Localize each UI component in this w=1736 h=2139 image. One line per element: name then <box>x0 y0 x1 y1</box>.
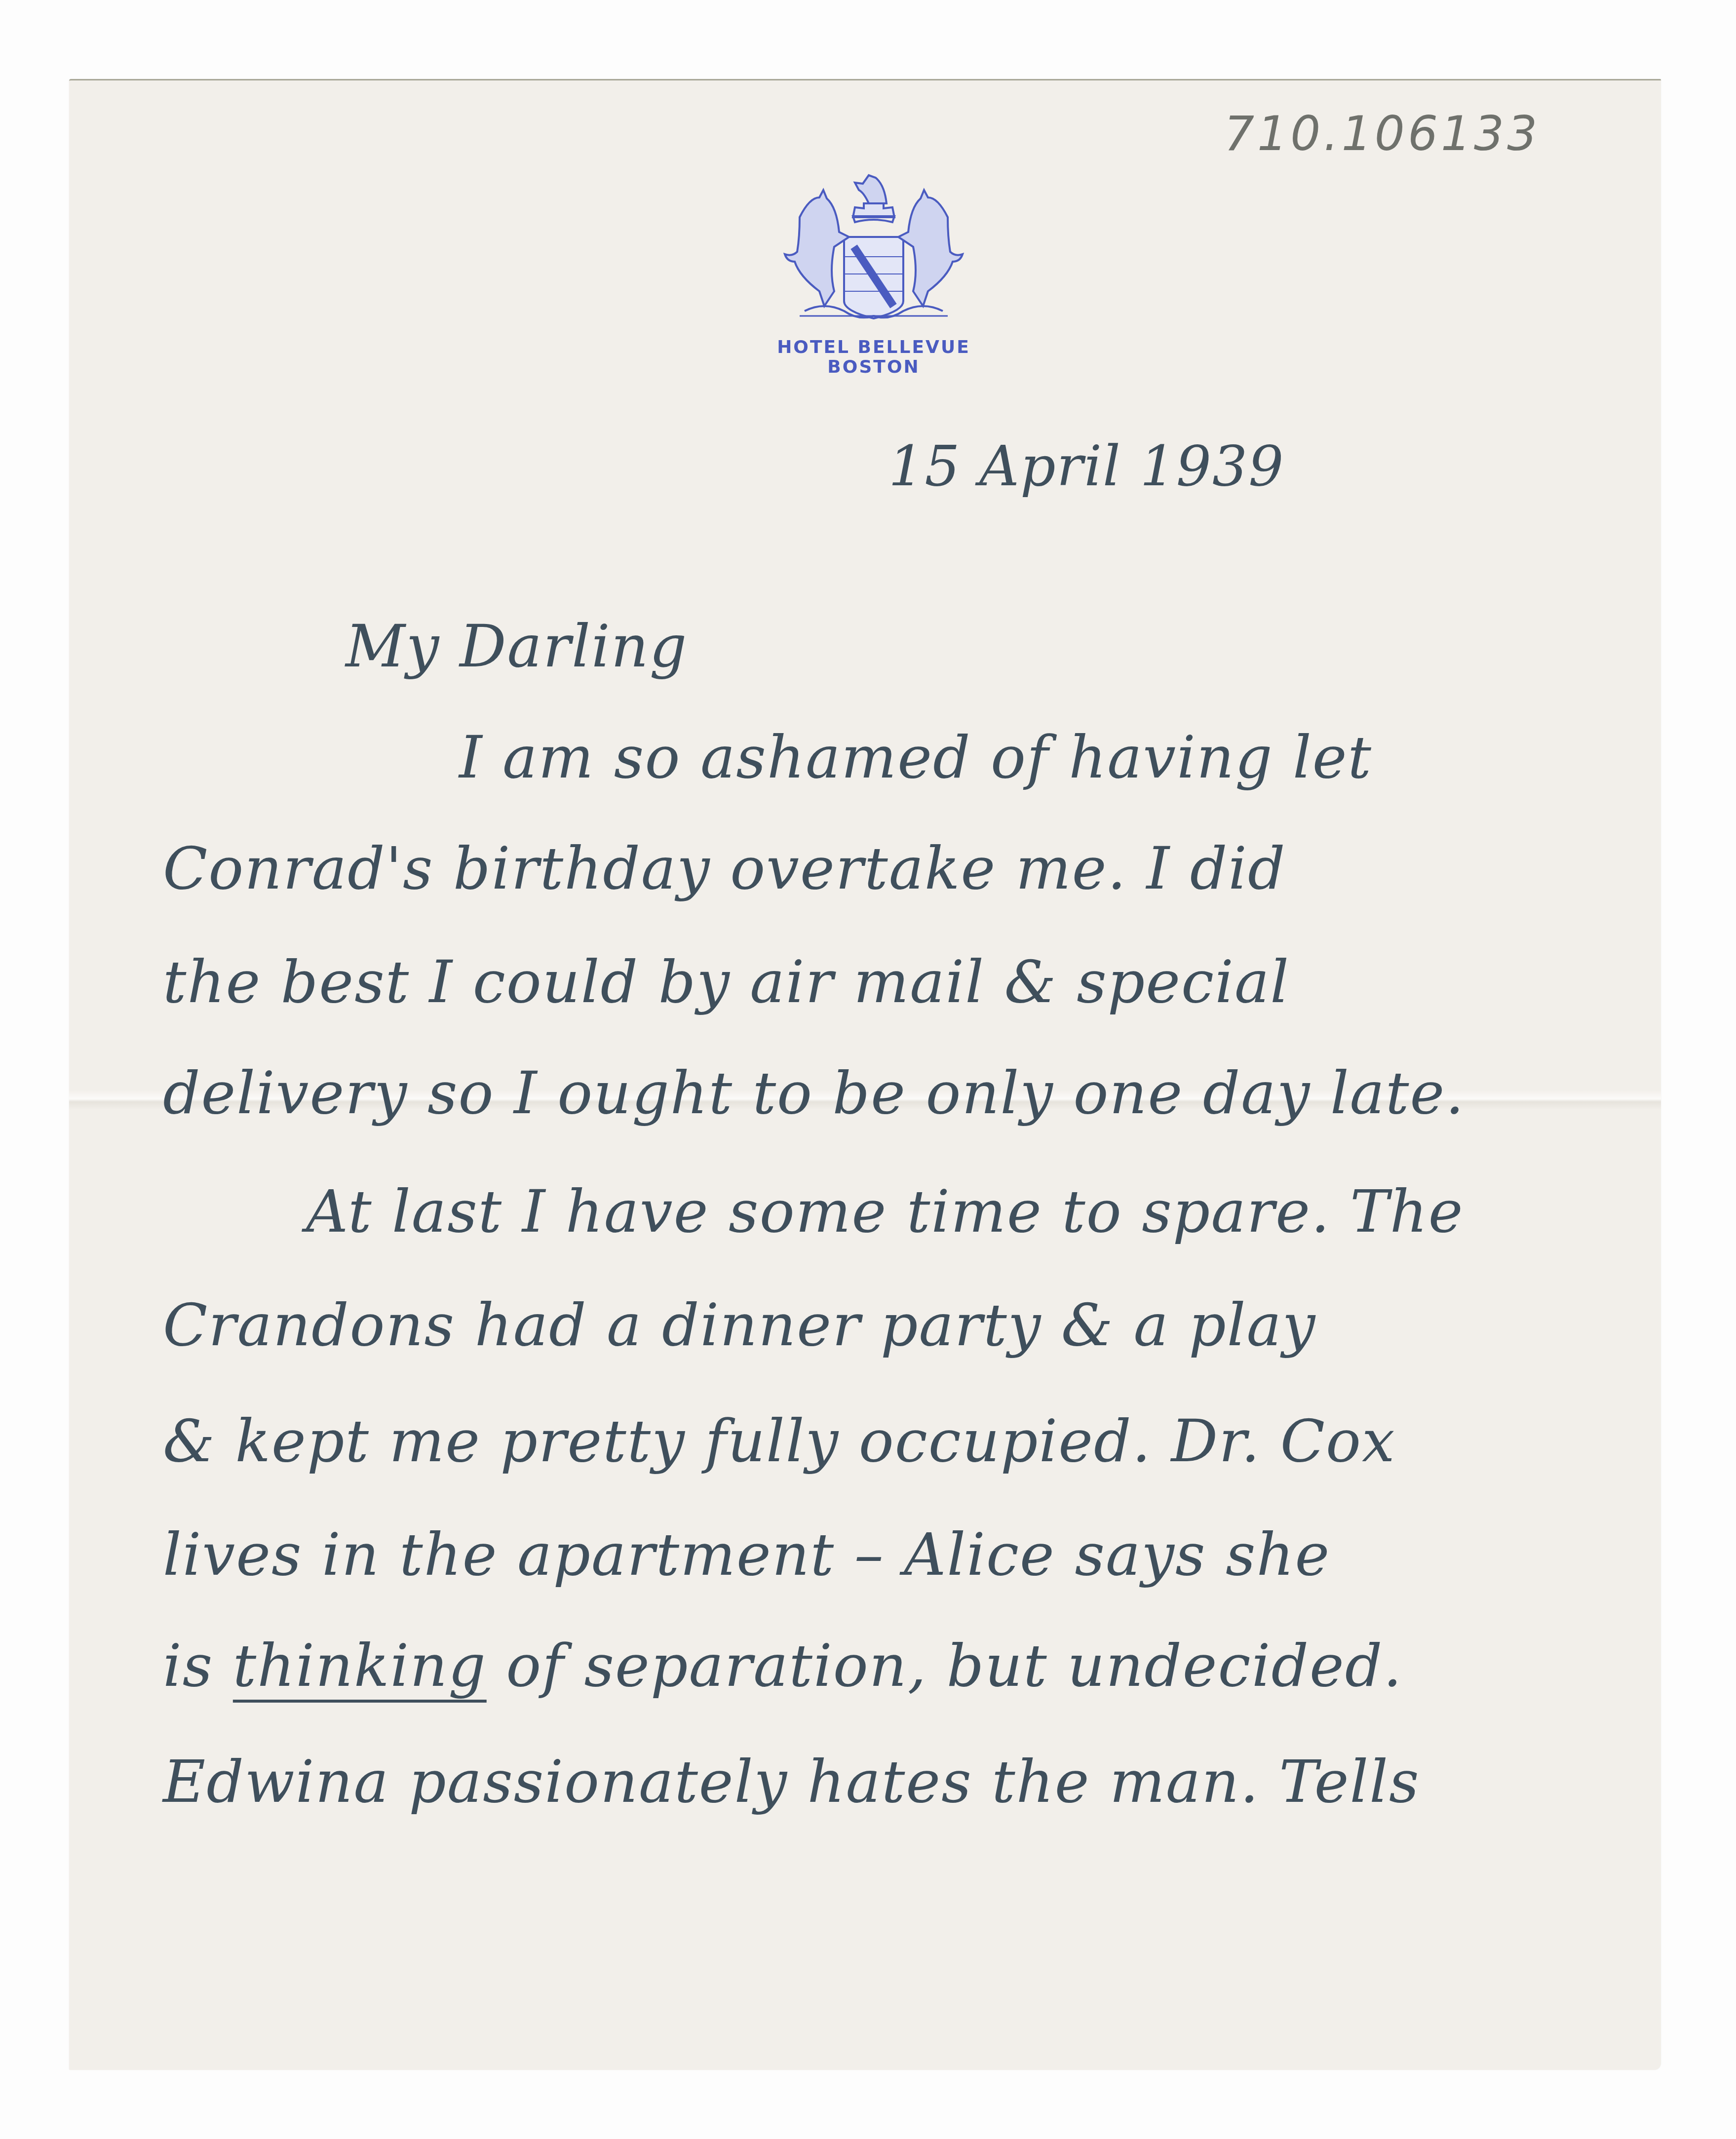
underlined-word-thinking: thinking <box>233 1632 487 1700</box>
body-line-8: lives in the apartment – Alice says she <box>163 1520 1330 1589</box>
line9-prefix: is <box>163 1632 213 1700</box>
heraldic-crest-icon <box>770 163 977 331</box>
line9-rest: separation, but undecided. <box>584 1632 1403 1700</box>
hotel-name: HOTEL BELLEVUE <box>755 338 992 357</box>
salutation: My Darling <box>346 612 688 680</box>
letter-date: 15 April 1939 <box>888 434 1285 499</box>
accession-number: 710.106133 <box>1224 106 1540 161</box>
body-line-4: delivery so I ought to be only one day l… <box>163 1059 1465 1127</box>
body-line-9: is thinking of separation, but undecided… <box>163 1632 1403 1700</box>
body-line-7: & kept me pretty fully occupied. Dr. Cox <box>163 1407 1396 1475</box>
body-line-1: I am so ashamed of having let <box>459 723 1372 791</box>
body-line-3: the best I could by air mail & special <box>163 948 1290 1016</box>
hotel-city: BOSTON <box>755 357 992 377</box>
body-line-6: Crandons had a dinner party & a play <box>163 1291 1316 1359</box>
body-line-10: Edwina passionately hates the man. Tells <box>163 1748 1420 1816</box>
hotel-letterhead: HOTEL BELLEVUE BOSTON <box>755 163 992 377</box>
body-line-2: Conrad's birthday overtake me. I did <box>163 834 1286 902</box>
line9-of: of <box>506 1632 565 1700</box>
body-line-5: At last I have some time to spare. The <box>306 1177 1464 1245</box>
